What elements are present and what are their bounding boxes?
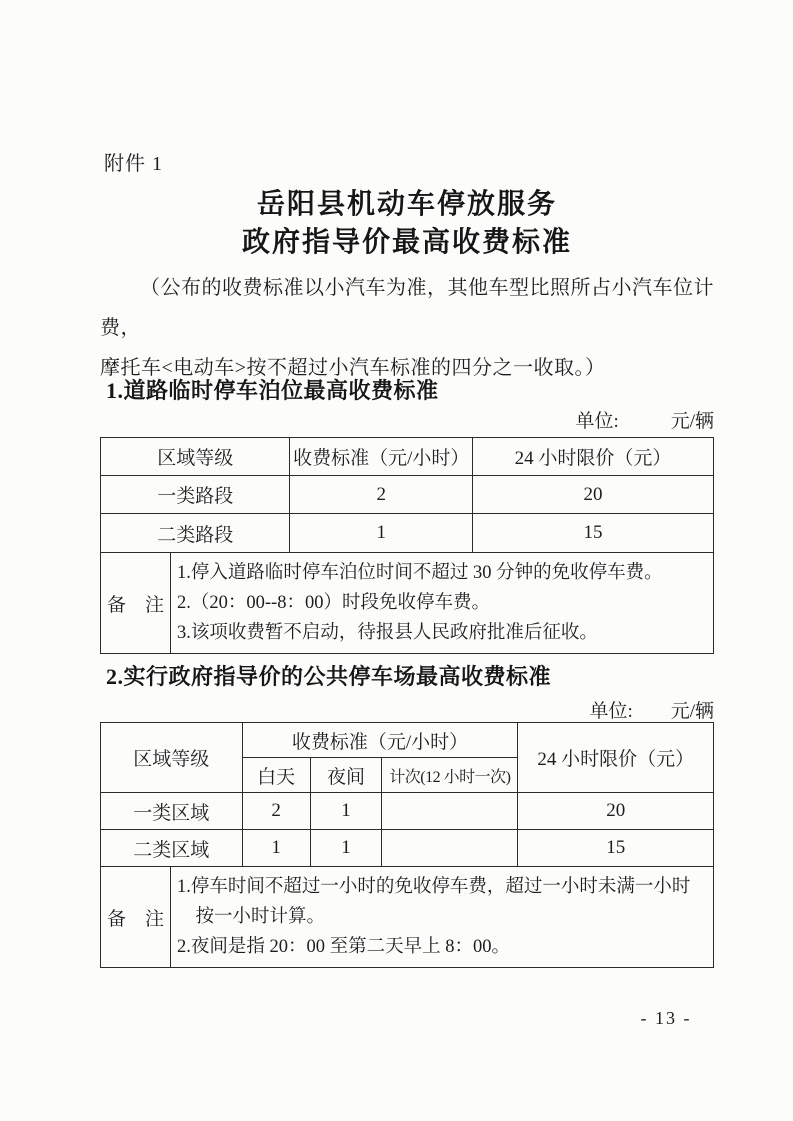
remark-wrap: 备 注 1.停入道路临时停车泊位时间不超过 30 分钟的免收停车费。 2.（20…	[101, 553, 713, 653]
table-remark-row: 备 注 1.停车时间不超过一小时的免收停车费，超过一小时未满一小时按一小时计算。…	[101, 867, 714, 968]
remark-body: 1.停入道路临时停车泊位时间不超过 30 分钟的免收停车费。 2.（20：00-…	[171, 553, 713, 653]
column-header-count: 计次(12 小时一次)	[382, 758, 518, 793]
table-cell-cap: 15	[473, 514, 714, 553]
document-title: 岳阳县机动车停放服务 政府指导价最高收费标准	[100, 186, 714, 262]
table-row: 二类路段 1 15	[101, 514, 714, 553]
attachment-label: 附件 1	[104, 147, 163, 176]
table-cell-day: 1	[242, 830, 310, 867]
remark-line: 2.夜间是指 20：00 至第二天早上 8：00。	[177, 932, 705, 962]
title-note-line1: （公布的收费标准以小汽车为准，其他车型比照所占小汽车位计费，	[100, 268, 716, 348]
section2-unit-line: 单位: 元/辆	[100, 696, 714, 723]
document-title-line1: 岳阳县机动车停放服务	[100, 186, 714, 224]
section1-heading: 1.道路临时停车泊位最高收费标准	[106, 374, 439, 405]
remark-body: 1.停车时间不超过一小时的免收停车费，超过一小时未满一小时按一小时计算。 2.夜…	[171, 867, 713, 967]
table-remark-row: 备 注 1.停入道路临时停车泊位时间不超过 30 分钟的免收停车费。 2.（20…	[101, 553, 714, 654]
unit-value: 元/辆	[671, 696, 714, 723]
table-cell-level: 一类路段	[101, 476, 290, 514]
title-note: （公布的收费标准以小汽车为准，其他车型比照所占小汽车位计费， 摩托车<电动车>按…	[100, 268, 716, 388]
remark-line: 1.停车时间不超过一小时的免收停车费，超过一小时未满一小时按一小时计算。	[177, 872, 705, 932]
remark-line: 1.停入道路临时停车泊位时间不超过 30 分钟的免收停车费。	[177, 558, 705, 588]
column-header-rate: 收费标准（元/小时）	[290, 438, 473, 476]
table-row: 一类区域 2 1 20	[101, 793, 714, 830]
remark-label: 备 注	[101, 867, 171, 967]
table-cell-cap: 20	[473, 476, 714, 514]
table-cell-cap: 15	[518, 830, 714, 867]
column-header-day: 白天	[242, 758, 310, 793]
table-cell-level: 二类路段	[101, 514, 290, 553]
table-cell-day: 2	[242, 793, 310, 830]
table-cell-rate: 1	[290, 514, 473, 553]
section1-unit-line: 单位: 元/辆	[100, 406, 714, 433]
table-cell-night: 1	[310, 793, 382, 830]
table-cell-level: 一类区域	[101, 793, 243, 830]
section2-heading: 2.实行政府指导价的公共停车场最高收费标准	[106, 660, 551, 691]
remark-cell: 备 注 1.停入道路临时停车泊位时间不超过 30 分钟的免收停车费。 2.（20…	[101, 553, 714, 654]
table-cell-count	[382, 793, 518, 830]
table-cell-night: 1	[310, 830, 382, 867]
table-cell-rate: 2	[290, 476, 473, 514]
column-header-cap: 24 小时限价（元）	[518, 723, 714, 793]
table-cell-cap: 20	[518, 793, 714, 830]
remark-line: 2.（20：00--8：00）时段免收停车费。	[177, 588, 705, 618]
table-header-row: 区域等级 收费标准（元/小时） 24 小时限价（元）	[101, 723, 714, 758]
column-header-rate-group: 收费标准（元/小时）	[242, 723, 518, 758]
public-parking-lot-fee-table: 区域等级 收费标准（元/小时） 24 小时限价（元） 白天 夜间 计次(12 小…	[100, 722, 714, 968]
remark-label: 备 注	[101, 553, 171, 653]
unit-value: 元/辆	[671, 406, 714, 433]
table-row: 一类路段 2 20	[101, 476, 714, 514]
remark-wrap: 备 注 1.停车时间不超过一小时的免收停车费，超过一小时未满一小时按一小时计算。…	[101, 867, 713, 967]
table-cell-level: 二类区域	[101, 830, 243, 867]
column-header-night: 夜间	[310, 758, 382, 793]
road-parking-fee-table: 区域等级 收费标准（元/小时） 24 小时限价（元） 一类路段 2 20 二类路…	[100, 437, 714, 654]
page-number: - 13 -	[618, 1008, 714, 1029]
table-header-row: 区域等级 收费标准（元/小时） 24 小时限价（元）	[101, 438, 714, 476]
document-title-line2: 政府指导价最高收费标准	[100, 224, 714, 262]
column-header-cap: 24 小时限价（元）	[473, 438, 714, 476]
column-header-level: 区域等级	[101, 723, 243, 793]
column-header-level: 区域等级	[101, 438, 290, 476]
table-row: 二类区域 1 1 15	[101, 830, 714, 867]
remark-line: 3.该项收费暂不启动，待报县人民政府批准后征收。	[177, 618, 705, 648]
remark-cell: 备 注 1.停车时间不超过一小时的免收停车费，超过一小时未满一小时按一小时计算。…	[101, 867, 714, 968]
table-cell-count	[382, 830, 518, 867]
unit-label: 单位:	[575, 406, 618, 433]
unit-label: 单位:	[589, 696, 632, 723]
document-page: 附件 1 岳阳县机动车停放服务 政府指导价最高收费标准 （公布的收费标准以小汽车…	[0, 0, 793, 1121]
